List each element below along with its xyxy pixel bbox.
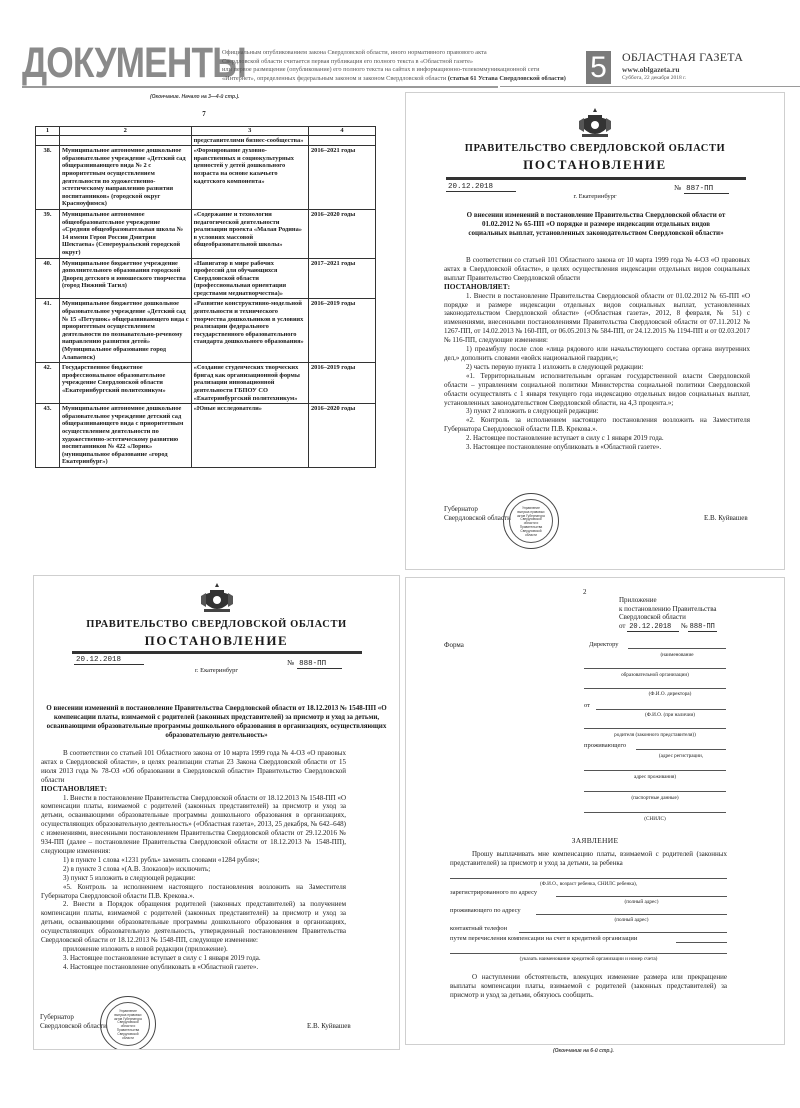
page-number: 2: [583, 588, 587, 596]
table-row: 38.Муниципальное автономное дошкольное о…: [36, 146, 376, 210]
cell-organization: Муниципальное автономное дошкольное обра…: [59, 404, 191, 468]
registration-address-field[interactable]: [636, 749, 726, 750]
document-city: г. Екатеринбург: [406, 193, 784, 200]
cell-number: [36, 135, 60, 146]
document-city: г. Екатеринбург: [34, 667, 399, 674]
paragraph: 1. Внести в постановление Правительства …: [444, 292, 750, 345]
paragraph: 2) часть первую пункта 1 изложить в след…: [444, 363, 750, 372]
cell-number: 41.: [36, 299, 60, 363]
paragraph: 1) преамбулу после слов «лица рядового и…: [444, 345, 750, 363]
paragraph: 1) в пункте 1 слова «1231 рубль» заменит…: [41, 856, 346, 865]
director-field[interactable]: [628, 648, 726, 649]
table-row: 41.Муниципальное бюджетное дошкольное об…: [36, 299, 376, 363]
document-date: 20.12.2018: [446, 183, 516, 192]
paragraph: В соответствии со статьей 101 Областного…: [41, 749, 346, 785]
director-fio-field[interactable]: [584, 688, 726, 689]
resolution-887-panel: ПРАВИТЕЛЬСТВО СВЕРДЛОВСКОЙ ОБЛАСТИ ПОСТА…: [405, 92, 785, 570]
phone-field[interactable]: [519, 932, 727, 933]
header-rule: [446, 177, 746, 180]
resolution-888-panel: ПРАВИТЕЛЬСТВО СВЕРДЛОВСКОЙ ОБЛАСТИ ПОСТА…: [33, 575, 400, 1050]
document-title: О внесении изменений в постановление Пра…: [34, 704, 399, 740]
coat-of-arms-icon: [200, 582, 234, 614]
header-rule: [72, 651, 362, 654]
bank-account-field[interactable]: [450, 953, 727, 954]
request-text: Прошу выплачивать мне компенсацию платы,…: [450, 850, 727, 868]
paragraph: 3) пункт 5 изложить в следующей редакции…: [41, 874, 346, 883]
cell-project: «Навигатор в мире рабочих профессий для …: [191, 258, 308, 299]
programs-table: 1 2 3 4 представителями бизнес-сообществ…: [35, 126, 376, 468]
cell-project: «Формирование духовно-нравственных и соц…: [191, 146, 308, 210]
table-row: 42.Государственное бюджетное профессиона…: [36, 363, 376, 404]
form-label: Форма: [444, 641, 464, 649]
masthead-divider: [22, 86, 498, 88]
document-title: О внесении изменений в постановление Пра…: [466, 211, 726, 238]
paragraph: 2. Настоящее постановление вступает в си…: [444, 434, 750, 443]
masthead-divider: [500, 86, 800, 87]
official-stamp: Управление выпуска правовых актов Губерн…: [100, 996, 156, 1050]
cell-years: 2016–2020 годы: [308, 404, 375, 468]
cell-project: «Создание студенческих творческих бригад…: [191, 363, 308, 404]
cell-number: 42.: [36, 363, 60, 404]
child-info-field[interactable]: [450, 878, 727, 879]
cell-organization: Муниципальное автономное дошкольное обра…: [59, 146, 191, 210]
appendix-date: 20.12.2018: [627, 623, 679, 632]
cell-number: 39.: [36, 209, 60, 258]
paragraph: «2. Контроль за исполнением настоящего п…: [444, 416, 750, 434]
document-date: 20.12.2018: [74, 656, 144, 665]
appendix-number: 888-ПП: [688, 623, 717, 632]
programs-table-panel: 7 1 2 3 4 представителями бизнес-сообщес…: [25, 108, 383, 474]
paragraph: 3. Настоящее постановление опубликовать …: [444, 443, 750, 452]
paragraph: 3) пункт 2 изложить в следующей редакции…: [444, 407, 750, 416]
resolves-heading: ПОСТАНОВЛЯЕТ:: [444, 283, 750, 292]
cell-organization: Муниципальное автономное общеобразовател…: [59, 209, 191, 258]
appendix-reference: Приложение к постановлению Правительства…: [619, 596, 717, 631]
cell-project: «Содержание и технологии педагогической …: [191, 209, 308, 258]
paragraph: 2. Внести в Порядок обращения родителей …: [41, 900, 346, 945]
resolves-heading: ПОСТАНОВЛЯЕТ:: [41, 785, 346, 794]
table-row: 40.Муниципальное бюджетное учреждение до…: [36, 258, 376, 299]
issue-date: Суббота, 22 декабря 2018 г.: [622, 75, 686, 81]
section-title: ДОКУМЕНТЫ: [22, 42, 246, 84]
table-row: 43.Муниципальное автономное дошкольное о…: [36, 404, 376, 468]
applicant-fio-field[interactable]: [596, 709, 726, 710]
registered-address-field[interactable]: [556, 896, 727, 897]
cell-number: 40.: [36, 258, 60, 299]
signer-name: Е.В. Куйвашев: [704, 514, 748, 522]
cell-years: 2016–2019 годы: [308, 299, 375, 363]
table-row: 39.Муниципальное автономное общеобразова…: [36, 209, 376, 258]
cell-years: 2016–2020 годы: [308, 209, 375, 258]
paragraph: приложение изложить в новой редакции (пр…: [41, 945, 346, 954]
cell-years: [308, 135, 375, 146]
cell-project: представителями бизнес-сообщества»: [191, 135, 308, 146]
signer-title: Губернатор Свердловской области: [40, 1013, 107, 1031]
government-name: ПРАВИТЕЛЬСТВО СВЕРДЛОВСКОЙ ОБЛАСТИ: [34, 619, 399, 630]
cell-project: «Развитие конструктивно-модельной деятел…: [191, 299, 308, 363]
paragraph: 4. Настоящее постановление опубликовать …: [41, 963, 346, 972]
document-type: ПОСТАНОВЛЕНИЕ: [34, 633, 399, 649]
paragraph: 1. Внести в постановление Правительства …: [41, 794, 346, 856]
snils-field[interactable]: [584, 812, 726, 813]
website-link[interactable]: www.oblgazeta.ru: [622, 65, 680, 74]
page-number-badge: 5: [586, 51, 611, 84]
paragraph: 2) в пункте 3 слова «(А.В. Злоказов)» ис…: [41, 865, 346, 874]
continuation-note-bottom: (Окончание на 6-й стр.).: [553, 1048, 614, 1054]
paragraph: В соответствии со статьей 101 Областного…: [444, 256, 750, 283]
document-body: В соответствии со статьей 101 Областного…: [444, 256, 750, 452]
cell-organization: [59, 135, 191, 146]
document-type: ПОСТАНОВЛЕНИЕ: [406, 157, 784, 173]
cell-number: 38.: [36, 146, 60, 210]
cell-project: «Юные исследователи»: [191, 404, 308, 468]
signer-name: Е.В. Куйвашев: [307, 1022, 351, 1030]
cell-number: 43.: [36, 404, 60, 468]
living-address-field[interactable]: [584, 770, 726, 771]
passport-field[interactable]: [584, 791, 726, 792]
document-body: В соответствии со статьей 101 Областного…: [41, 749, 346, 972]
cell-organization: Муниципальное бюджетное дошкольное образ…: [59, 299, 191, 363]
living-address-full-field[interactable]: [536, 914, 727, 915]
document-number: №887-ПП: [674, 183, 729, 193]
closing-text: О наступлении обстоятельств, влекущих из…: [450, 973, 727, 1000]
coat-of-arms-icon: [578, 107, 612, 139]
applicant-role-field[interactable]: [584, 728, 726, 729]
cell-organization: Муниципальное бюджетное учреждение допол…: [59, 258, 191, 299]
bank-field[interactable]: [676, 942, 727, 943]
official-stamp: Управление выпуска правовых актов Губерн…: [503, 493, 559, 549]
paragraph: «5. Контроль за исполнением настоящего п…: [41, 883, 346, 901]
government-name: ПРАВИТЕЛЬСТВО СВЕРДЛОВСКОЙ ОБЛАСТИ: [406, 143, 784, 154]
paragraph: 3. Настоящее постановление вступает в си…: [41, 954, 346, 963]
application-form-panel: 2 Приложение к постановлению Правительст…: [405, 577, 785, 1045]
cell-years: 2017–2021 годы: [308, 258, 375, 299]
table-row: представителями бизнес-сообщества»: [36, 135, 376, 146]
masthead: ДОКУМЕНТЫ Официальным опубликованием зак…: [22, 42, 800, 86]
application-heading: ЗАЯВЛЕНИЕ: [406, 836, 784, 845]
publication-notice: Официальным опубликованием закона Свердл…: [222, 49, 602, 83]
signer-title: Губернатор Свердловской области: [444, 505, 511, 523]
paragraph: «1. Территориальным исполнительным орган…: [444, 372, 750, 408]
director-label: Директору: [589, 641, 619, 648]
page-number: 7: [25, 110, 383, 118]
organization-field[interactable]: [584, 668, 726, 669]
cell-organization: Государственное бюджетное профессиональн…: [59, 363, 191, 404]
newspaper-name: ОБЛАСТНАЯ ГАЗЕТА: [622, 50, 743, 65]
table-header-row: 1 2 3 4: [36, 127, 376, 136]
cell-years: 2016–2021 годы: [308, 146, 375, 210]
cell-years: 2016–2019 годы: [308, 363, 375, 404]
continuation-note-top: (Окончание. Начало на 3—4-й стр.).: [150, 94, 240, 100]
